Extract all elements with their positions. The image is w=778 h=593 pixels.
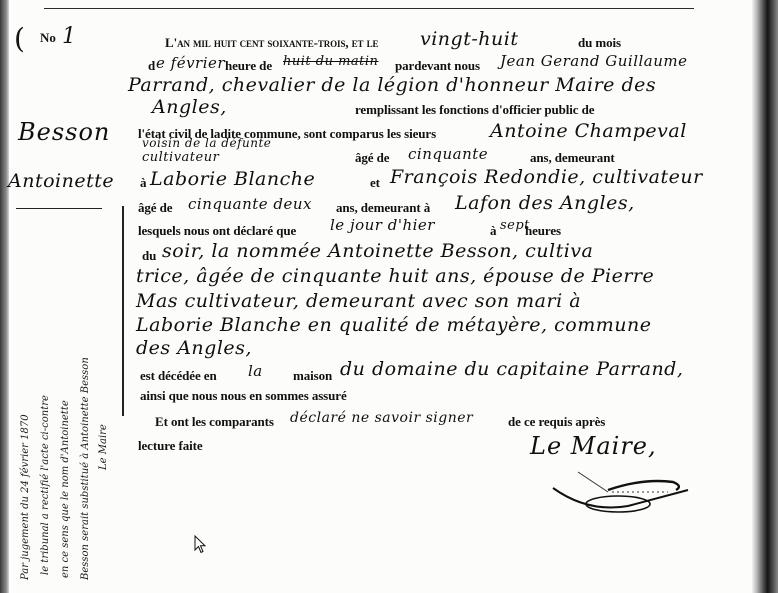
entry-number-value: 1 (62, 24, 76, 49)
line-9-printed-3: heures (525, 223, 561, 239)
marginal-note-line-4: Besson serait substitué à Antoinette Bes… (80, 357, 91, 580)
line-7-printed: à (140, 175, 146, 191)
margin-surname: Besson (18, 118, 110, 146)
line-11-details: trice, âgée de cinquante huit ans, épous… (136, 265, 654, 287)
line-9-printed-2: à (490, 223, 496, 239)
marginal-note-line-3: en ce sens que le nom d'Antoinette (60, 400, 71, 578)
binding-right-edge (752, 0, 778, 593)
line-14-commune: des Angles, (136, 337, 252, 359)
line-2-printed-2: pardevant nous (395, 58, 480, 74)
line-10-deceased: soir, la nommée Antoinette Besson, culti… (162, 240, 593, 262)
binding-left-edge (0, 0, 9, 593)
line-9-day: le jour d'hier (330, 216, 435, 234)
margin-vertical-rule (122, 206, 124, 416)
line-10-printed: du (142, 248, 156, 264)
line-6-printed-2: ans, demeurant (530, 150, 615, 166)
entry-number-label: No (40, 30, 56, 46)
line-8-printed-2: ans, demeurant à (336, 200, 430, 216)
line-1-printed-end: du mois (578, 35, 621, 51)
line-2-prefix: d (148, 58, 155, 74)
line-15-article: la (248, 362, 263, 380)
line-2-mayor-name: Jean Gerand Guillaume (500, 52, 688, 70)
margin-given-name: Antoinette (8, 170, 114, 192)
line-7-place: Laborie Blanche (150, 168, 315, 190)
entry-bracket: ( (14, 22, 25, 55)
scanned-register-page: ( No 1 Besson Antoinette Par jugement du… (0, 0, 778, 593)
line-6-printed: âgé de (355, 150, 389, 166)
line-9-printed: lesquels nous ont déclaré que (138, 223, 296, 239)
line-15-place-of-death: du domaine du capitaine Parrand, (340, 358, 683, 380)
line-16-printed: ainsi que nous nous en sommes assuré (140, 388, 347, 404)
line-6-occupation: cultivateur (142, 150, 219, 165)
line-4-printed: remplissant les fonctions d'officier pub… (355, 102, 594, 118)
line-1-day: vingt-huit (420, 28, 518, 50)
marginal-note-line-1: Par jugement du 24 février 1870 (20, 414, 31, 580)
line-6-annotation: voisin de la défunte (142, 136, 271, 150)
line-4-commune: Angles, (152, 96, 227, 118)
line-12-spouse: Mas cultivateur, demeurant avec son mari… (136, 290, 581, 312)
line-8-printed: âgé de (138, 200, 172, 216)
line-17-declaration: déclaré ne savoir signer (290, 410, 473, 426)
line-17-printed-2: de ce requis après (508, 414, 605, 430)
line-15-printed: est décédée en (140, 368, 217, 384)
line-3-mayor-title: Parrand, chevalier de la légion d'honneu… (128, 74, 656, 96)
mayor-signature-flourish (548, 468, 698, 518)
top-rule-line (44, 8, 694, 9)
mouse-cursor-icon (194, 535, 208, 555)
line-1-printed: L'an mil huit cent soixante-trois, et le (165, 35, 378, 51)
line-18-printed: lecture faite (138, 438, 203, 454)
line-2-month: e février (156, 54, 225, 72)
line-17-printed: Et ont les comparants (155, 414, 274, 430)
line-7-printed-2: et (370, 175, 380, 191)
line-2-printed: heure de (225, 58, 272, 74)
line-8-age: cinquante deux (188, 195, 312, 213)
line-5-witness-1: Antoine Champeval (490, 120, 687, 142)
line-15-printed-2: maison (293, 368, 332, 384)
line-13-residence: Laborie Blanche en qualité de métayère, … (136, 314, 651, 336)
marginal-note-signature: Le Maire (98, 424, 109, 470)
margin-divider (16, 208, 102, 209)
line-6-age: cinquante (408, 145, 488, 163)
line-8-residence: Lafon des Angles, (455, 192, 635, 214)
marginal-note-line-2: le tribunal a rectifié l'acte ci-contre (40, 395, 51, 575)
line-2-struck-hour: huit du matin (283, 54, 378, 69)
closing-signature-title: Le Maire, (530, 432, 657, 460)
line-7-witness-2: François Redondie, cultivateur (390, 166, 703, 188)
